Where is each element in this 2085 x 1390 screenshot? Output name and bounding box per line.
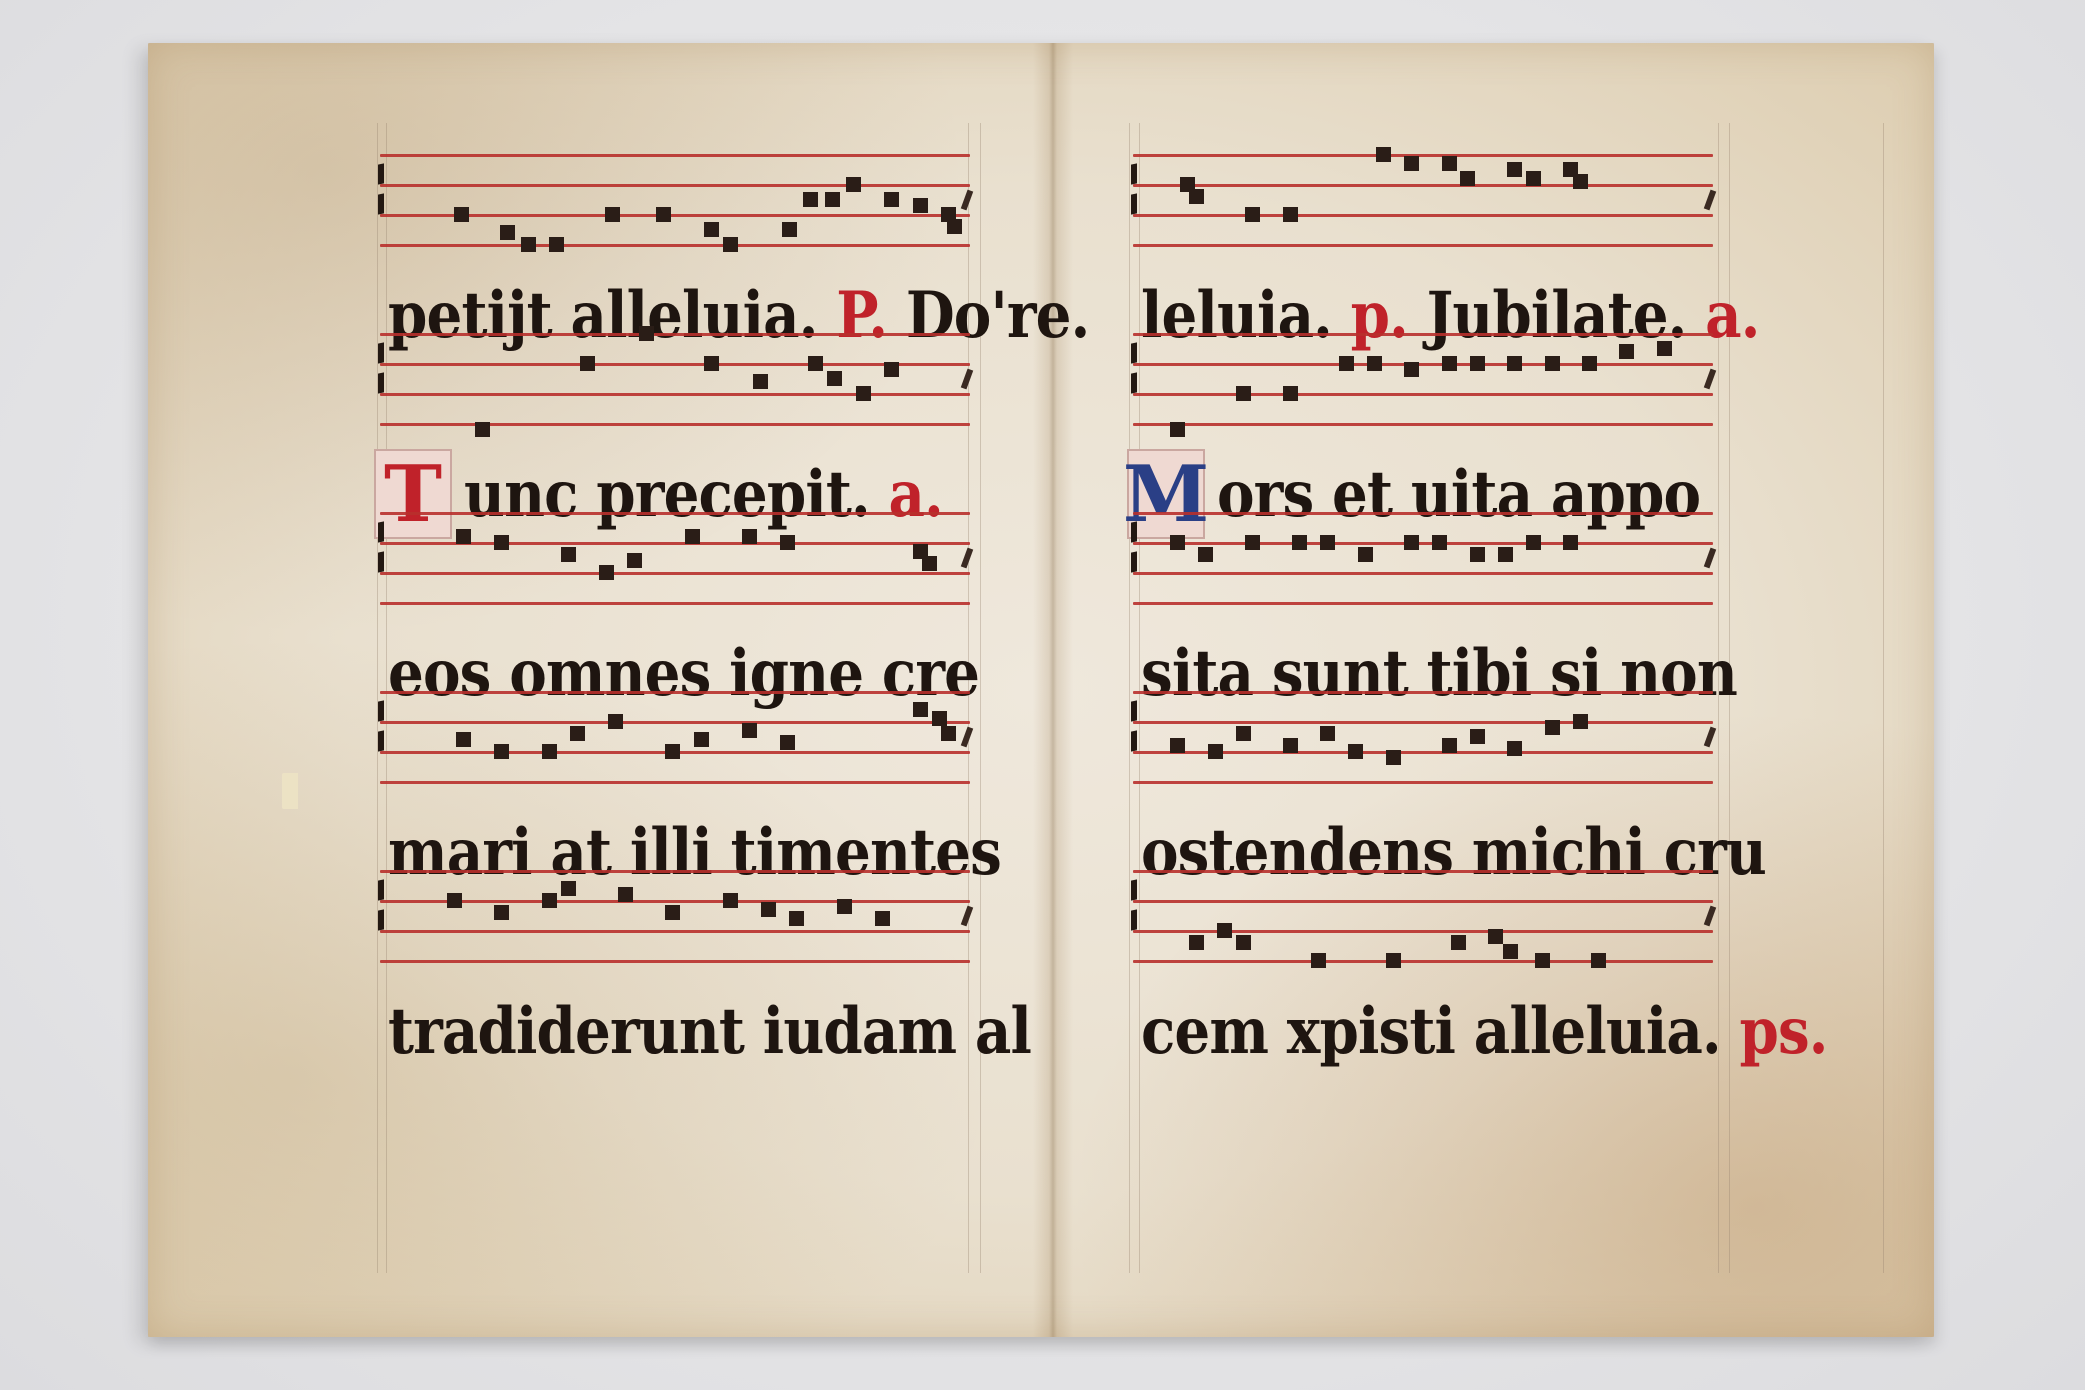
square-neume <box>599 565 614 580</box>
square-neume <box>837 899 852 914</box>
square-neume <box>618 887 633 902</box>
c-clef-icon <box>1131 879 1137 900</box>
square-neume <box>1573 174 1588 189</box>
c-clef-icon <box>1131 909 1137 930</box>
custos-icon <box>1704 369 1716 390</box>
chant-text-line: cem xpisti alleluia. ps. <box>1141 1000 1828 1064</box>
square-neume <box>913 198 928 213</box>
c-clef-icon <box>1131 163 1137 184</box>
staff-line <box>1133 691 1713 694</box>
square-neume <box>1320 535 1335 550</box>
c-clef-icon <box>378 193 384 214</box>
staff-line <box>1133 960 1713 963</box>
square-neume <box>1170 535 1185 550</box>
left-page: petijt alleluia. P. Do're.Tunc precepit.… <box>148 43 1048 1337</box>
lyric-text: ors et uita appo <box>1217 457 1700 532</box>
square-neume <box>704 222 719 237</box>
custos-icon <box>1704 548 1716 569</box>
staff-line <box>1133 900 1713 903</box>
square-neume <box>665 744 680 759</box>
square-neume <box>694 732 709 747</box>
square-neume <box>922 556 937 571</box>
lyric-text: ostendens michi cru <box>1141 815 1766 890</box>
square-neume <box>456 732 471 747</box>
square-neume <box>761 902 776 917</box>
staff-line <box>1133 184 1713 187</box>
rubric-text: ps. <box>1721 994 1828 1069</box>
square-neume <box>723 893 738 908</box>
lyric-text: cem xpisti alleluia. <box>1141 994 1721 1069</box>
square-neume <box>803 192 818 207</box>
staff-line <box>1133 781 1713 784</box>
chant-text-line: unc precepit. a. <box>464 463 943 527</box>
lyric-text: mari at illi timentes <box>388 815 1001 890</box>
custos-icon <box>961 906 973 927</box>
square-neume <box>580 356 595 371</box>
square-neume <box>1526 171 1541 186</box>
square-neume <box>1470 729 1485 744</box>
square-neume <box>1189 935 1204 950</box>
square-neume <box>808 356 823 371</box>
square-neume <box>1311 953 1326 968</box>
custos-icon <box>1704 906 1716 927</box>
square-neume <box>856 386 871 401</box>
lyric-text: sita sunt tibi si non <box>1141 636 1737 711</box>
rubric-text: a. <box>870 457 943 532</box>
square-neume <box>704 356 719 371</box>
square-neume <box>827 371 842 386</box>
square-neume <box>561 547 576 562</box>
chant-text-line: eos omnes igne cre <box>388 642 979 706</box>
staff-line <box>380 602 970 605</box>
square-neume <box>1507 162 1522 177</box>
custos-icon <box>1704 727 1716 748</box>
staff-line <box>380 333 970 336</box>
square-neume <box>1292 535 1307 550</box>
c-clef-icon <box>378 551 384 572</box>
square-neume <box>521 237 536 252</box>
square-neume <box>1198 547 1213 562</box>
rubric-text: P. <box>817 278 887 353</box>
staff-line <box>380 691 970 694</box>
square-neume <box>549 237 564 252</box>
ruling-line <box>386 123 387 1273</box>
c-clef-icon <box>1131 342 1137 363</box>
square-neume <box>742 529 757 544</box>
square-neume <box>608 714 623 729</box>
square-neume <box>561 881 576 896</box>
chant-text-line: mari at illi timentes <box>388 821 1001 885</box>
square-neume <box>1507 356 1522 371</box>
square-neume <box>1451 935 1466 950</box>
square-neume <box>1386 750 1401 765</box>
staff-line <box>1133 572 1713 575</box>
lyric-text: tradiderunt iudam al <box>388 994 1031 1069</box>
square-neume <box>542 744 557 759</box>
staff-line <box>380 512 970 515</box>
square-neume <box>447 893 462 908</box>
square-neume <box>1488 929 1503 944</box>
c-clef-icon <box>1131 700 1137 721</box>
illuminated-initial: M <box>1127 449 1205 539</box>
staff-line <box>380 781 970 784</box>
staff-line <box>1133 214 1713 217</box>
chant-text-line: tradiderunt iudam al <box>388 1000 1031 1064</box>
square-neume <box>782 222 797 237</box>
square-neume <box>941 726 956 741</box>
square-neume <box>1189 189 1204 204</box>
staff-line <box>1133 721 1713 724</box>
square-neume <box>1283 738 1298 753</box>
square-neume <box>1320 726 1335 741</box>
square-neume <box>1404 156 1419 171</box>
c-clef-icon <box>378 730 384 751</box>
c-clef-icon <box>378 909 384 930</box>
square-neume <box>542 893 557 908</box>
square-neume <box>656 207 671 222</box>
square-neume <box>639 326 654 341</box>
square-neume <box>1582 356 1597 371</box>
square-neume <box>454 207 469 222</box>
square-neume <box>1236 386 1251 401</box>
custos-icon <box>961 548 973 569</box>
square-neume <box>1470 356 1485 371</box>
square-neume <box>1367 356 1382 371</box>
staff-line <box>380 930 970 933</box>
square-neume <box>1208 744 1223 759</box>
c-clef-icon <box>1131 193 1137 214</box>
staff-line <box>380 363 970 366</box>
staff-line <box>380 900 970 903</box>
square-neume <box>947 219 962 234</box>
square-neume <box>1619 344 1634 359</box>
staff-line <box>380 244 970 247</box>
custos-icon <box>961 369 973 390</box>
illuminated-initial: T <box>374 449 452 539</box>
square-neume <box>494 905 509 920</box>
square-neume <box>494 535 509 550</box>
square-neume <box>456 529 471 544</box>
square-neume <box>1283 207 1298 222</box>
square-neume <box>1545 720 1560 735</box>
staff-line <box>380 393 970 396</box>
c-clef-icon <box>1131 521 1137 542</box>
square-neume <box>1404 362 1419 377</box>
square-neume <box>1470 547 1485 562</box>
ruling-line <box>1139 123 1140 1273</box>
square-neume <box>1236 935 1251 950</box>
staff-line <box>380 870 970 873</box>
square-neume <box>1245 535 1260 550</box>
lyric-text: eos omnes igne cre <box>388 636 979 711</box>
square-neume <box>627 553 642 568</box>
staff-line <box>1133 154 1713 157</box>
square-neume <box>1283 386 1298 401</box>
initial-letter: M <box>1135 457 1197 531</box>
staff-line <box>1133 423 1713 426</box>
square-neume <box>1503 944 1518 959</box>
c-clef-icon <box>378 342 384 363</box>
initial-letter: T <box>382 457 444 531</box>
square-neume <box>742 723 757 738</box>
staff-line <box>380 423 970 426</box>
rubric-text: p. <box>1332 278 1408 353</box>
staff-line <box>1133 393 1713 396</box>
chant-text-line: ors et uita appo <box>1217 463 1700 527</box>
square-neume <box>494 744 509 759</box>
chant-text-line: petijt alleluia. P. Do're. <box>388 284 1089 348</box>
square-neume <box>1526 535 1541 550</box>
staff-line <box>380 154 970 157</box>
c-clef-icon <box>1131 730 1137 751</box>
square-neume <box>875 911 890 926</box>
square-neume <box>884 192 899 207</box>
square-neume <box>723 237 738 252</box>
rubric-text: a. <box>1686 278 1759 353</box>
square-neume <box>1563 535 1578 550</box>
c-clef-icon <box>378 521 384 542</box>
c-clef-icon <box>378 163 384 184</box>
square-neume <box>685 529 700 544</box>
square-neume <box>1498 547 1513 562</box>
square-neume <box>1170 738 1185 753</box>
lyric-text: Jubilate. <box>1408 278 1687 353</box>
custos-icon <box>961 190 973 211</box>
square-neume <box>1170 422 1185 437</box>
ruling-line <box>1883 123 1884 1273</box>
square-neume <box>884 362 899 377</box>
custos-icon <box>961 727 973 748</box>
square-neume <box>1442 738 1457 753</box>
square-neume <box>500 225 515 240</box>
c-clef-icon <box>378 700 384 721</box>
square-neume <box>1442 156 1457 171</box>
staff-line <box>1133 870 1713 873</box>
square-neume <box>780 535 795 550</box>
square-neume <box>913 702 928 717</box>
staff-line <box>1133 363 1713 366</box>
square-neume <box>1236 726 1251 741</box>
staff-line <box>380 960 970 963</box>
staff-line <box>1133 333 1713 336</box>
staff-line <box>380 572 970 575</box>
chant-text-line: leluia. p. Jubilate. a. <box>1141 284 1759 348</box>
staff-line <box>1133 542 1713 545</box>
staff-line <box>1133 512 1713 515</box>
c-clef-icon <box>378 879 384 900</box>
square-neume <box>1217 923 1232 938</box>
square-neume <box>605 207 620 222</box>
square-neume <box>475 422 490 437</box>
square-neume <box>753 374 768 389</box>
square-neume <box>1591 953 1606 968</box>
c-clef-icon <box>1131 551 1137 572</box>
manuscript-bifolium: petijt alleluia. P. Do're.Tunc precepit.… <box>148 43 1934 1337</box>
square-neume <box>665 905 680 920</box>
square-neume <box>1507 741 1522 756</box>
lyric-text: leluia. <box>1141 278 1332 353</box>
ruling-line <box>377 123 378 1273</box>
square-neume <box>932 711 947 726</box>
square-neume <box>1404 535 1419 550</box>
square-neume <box>1245 207 1260 222</box>
chant-text-line: ostendens michi cru <box>1141 821 1766 885</box>
square-neume <box>825 192 840 207</box>
staff-line <box>380 721 970 724</box>
square-neume <box>1442 356 1457 371</box>
square-neume <box>1386 953 1401 968</box>
square-neume <box>1460 171 1475 186</box>
square-neume <box>846 177 861 192</box>
chant-text-line: sita sunt tibi si non <box>1141 642 1737 706</box>
lyric-text: unc precepit. <box>464 457 870 532</box>
custos-icon <box>1704 190 1716 211</box>
square-neume <box>1657 341 1672 356</box>
square-neume <box>1339 356 1354 371</box>
square-neume <box>1376 147 1391 162</box>
square-neume <box>1348 744 1363 759</box>
lyric-text: petijt alleluia. <box>388 278 817 353</box>
staff-line <box>1133 244 1713 247</box>
ruling-line <box>1129 123 1130 1273</box>
square-neume <box>1545 356 1560 371</box>
square-neume <box>1535 953 1550 968</box>
staff-line <box>380 184 970 187</box>
square-neume <box>570 726 585 741</box>
right-page: leluia. p. Jubilate. a.Mors et uita appo… <box>1053 43 1933 1337</box>
staff-line <box>1133 602 1713 605</box>
square-neume <box>789 911 804 926</box>
square-neume <box>1432 535 1447 550</box>
square-neume <box>1573 714 1588 729</box>
square-neume <box>780 735 795 750</box>
square-neume <box>1358 547 1373 562</box>
c-clef-icon <box>378 372 384 393</box>
c-clef-icon <box>1131 372 1137 393</box>
